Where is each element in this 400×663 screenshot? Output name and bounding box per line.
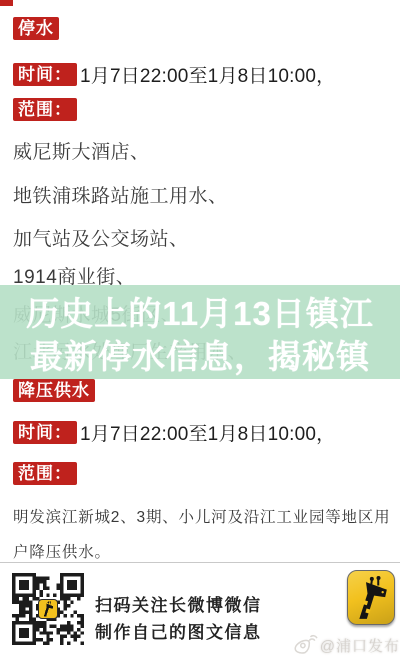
time-label-badge: 时间： (13, 421, 77, 444)
pressure-time-value: 1月7日22:00至1月8日10:00， (80, 419, 335, 446)
pressure-time-row: 时间： 1月7日22:00至1月8日10:00， (13, 419, 335, 446)
weibo-watermark: @浦口发布 (292, 634, 400, 656)
outage-area-item: 地铁浦珠路站施工用水、 (13, 181, 228, 208)
giraffe-app-icon (347, 570, 395, 625)
outage-section-badge: 停水 (13, 17, 59, 40)
outage-time-row: 时间： 1月7日22:00至1月8日10:00， (13, 61, 335, 88)
footer-divider (0, 562, 400, 563)
notice-image: 停水 时间： 1月7日22:00至1月8日10:00， 范围： 威尼斯大酒店、 … (0, 0, 400, 663)
outage-time-value: 1月7日22:00至1月8日10:00， (80, 61, 335, 88)
overlay-title-line1: 历史上的11月13日镇江 (0, 292, 400, 335)
pressure-scope-description: 明发滨江新城2、3期、小儿河及沿江工业园等地区用户降压供水。 (13, 500, 391, 570)
qr-caption: 扫码关注长微博微信 制作自己的图文信息 (95, 592, 262, 646)
scope-label-badge: 范围： (13, 98, 77, 121)
pressure-section-badge: 降压供水 (13, 379, 95, 402)
watermark-text: @浦口发布 (320, 635, 400, 656)
overlay-title-line2: 最新停水信息，揭秘镇 (0, 335, 400, 378)
scope-label-badge: 范围： (13, 462, 77, 485)
title-overlay-banner: 历史上的11月13日镇江 最新停水信息，揭秘镇 (0, 285, 400, 379)
time-label-badge: 时间： (13, 63, 77, 86)
outage-area-item: 加气站及公交场站、 (13, 224, 189, 251)
qr-caption-line1: 扫码关注长微博微信 (95, 592, 262, 619)
outage-area-item: 威尼斯大酒店、 (13, 137, 150, 164)
weibo-logo-icon (292, 634, 318, 656)
qr-code (12, 573, 84, 645)
qr-caption-line2: 制作自己的图文信息 (95, 619, 262, 646)
cropped-badge-sliver (0, 0, 13, 6)
qr-center-giraffe-icon (38, 599, 58, 619)
